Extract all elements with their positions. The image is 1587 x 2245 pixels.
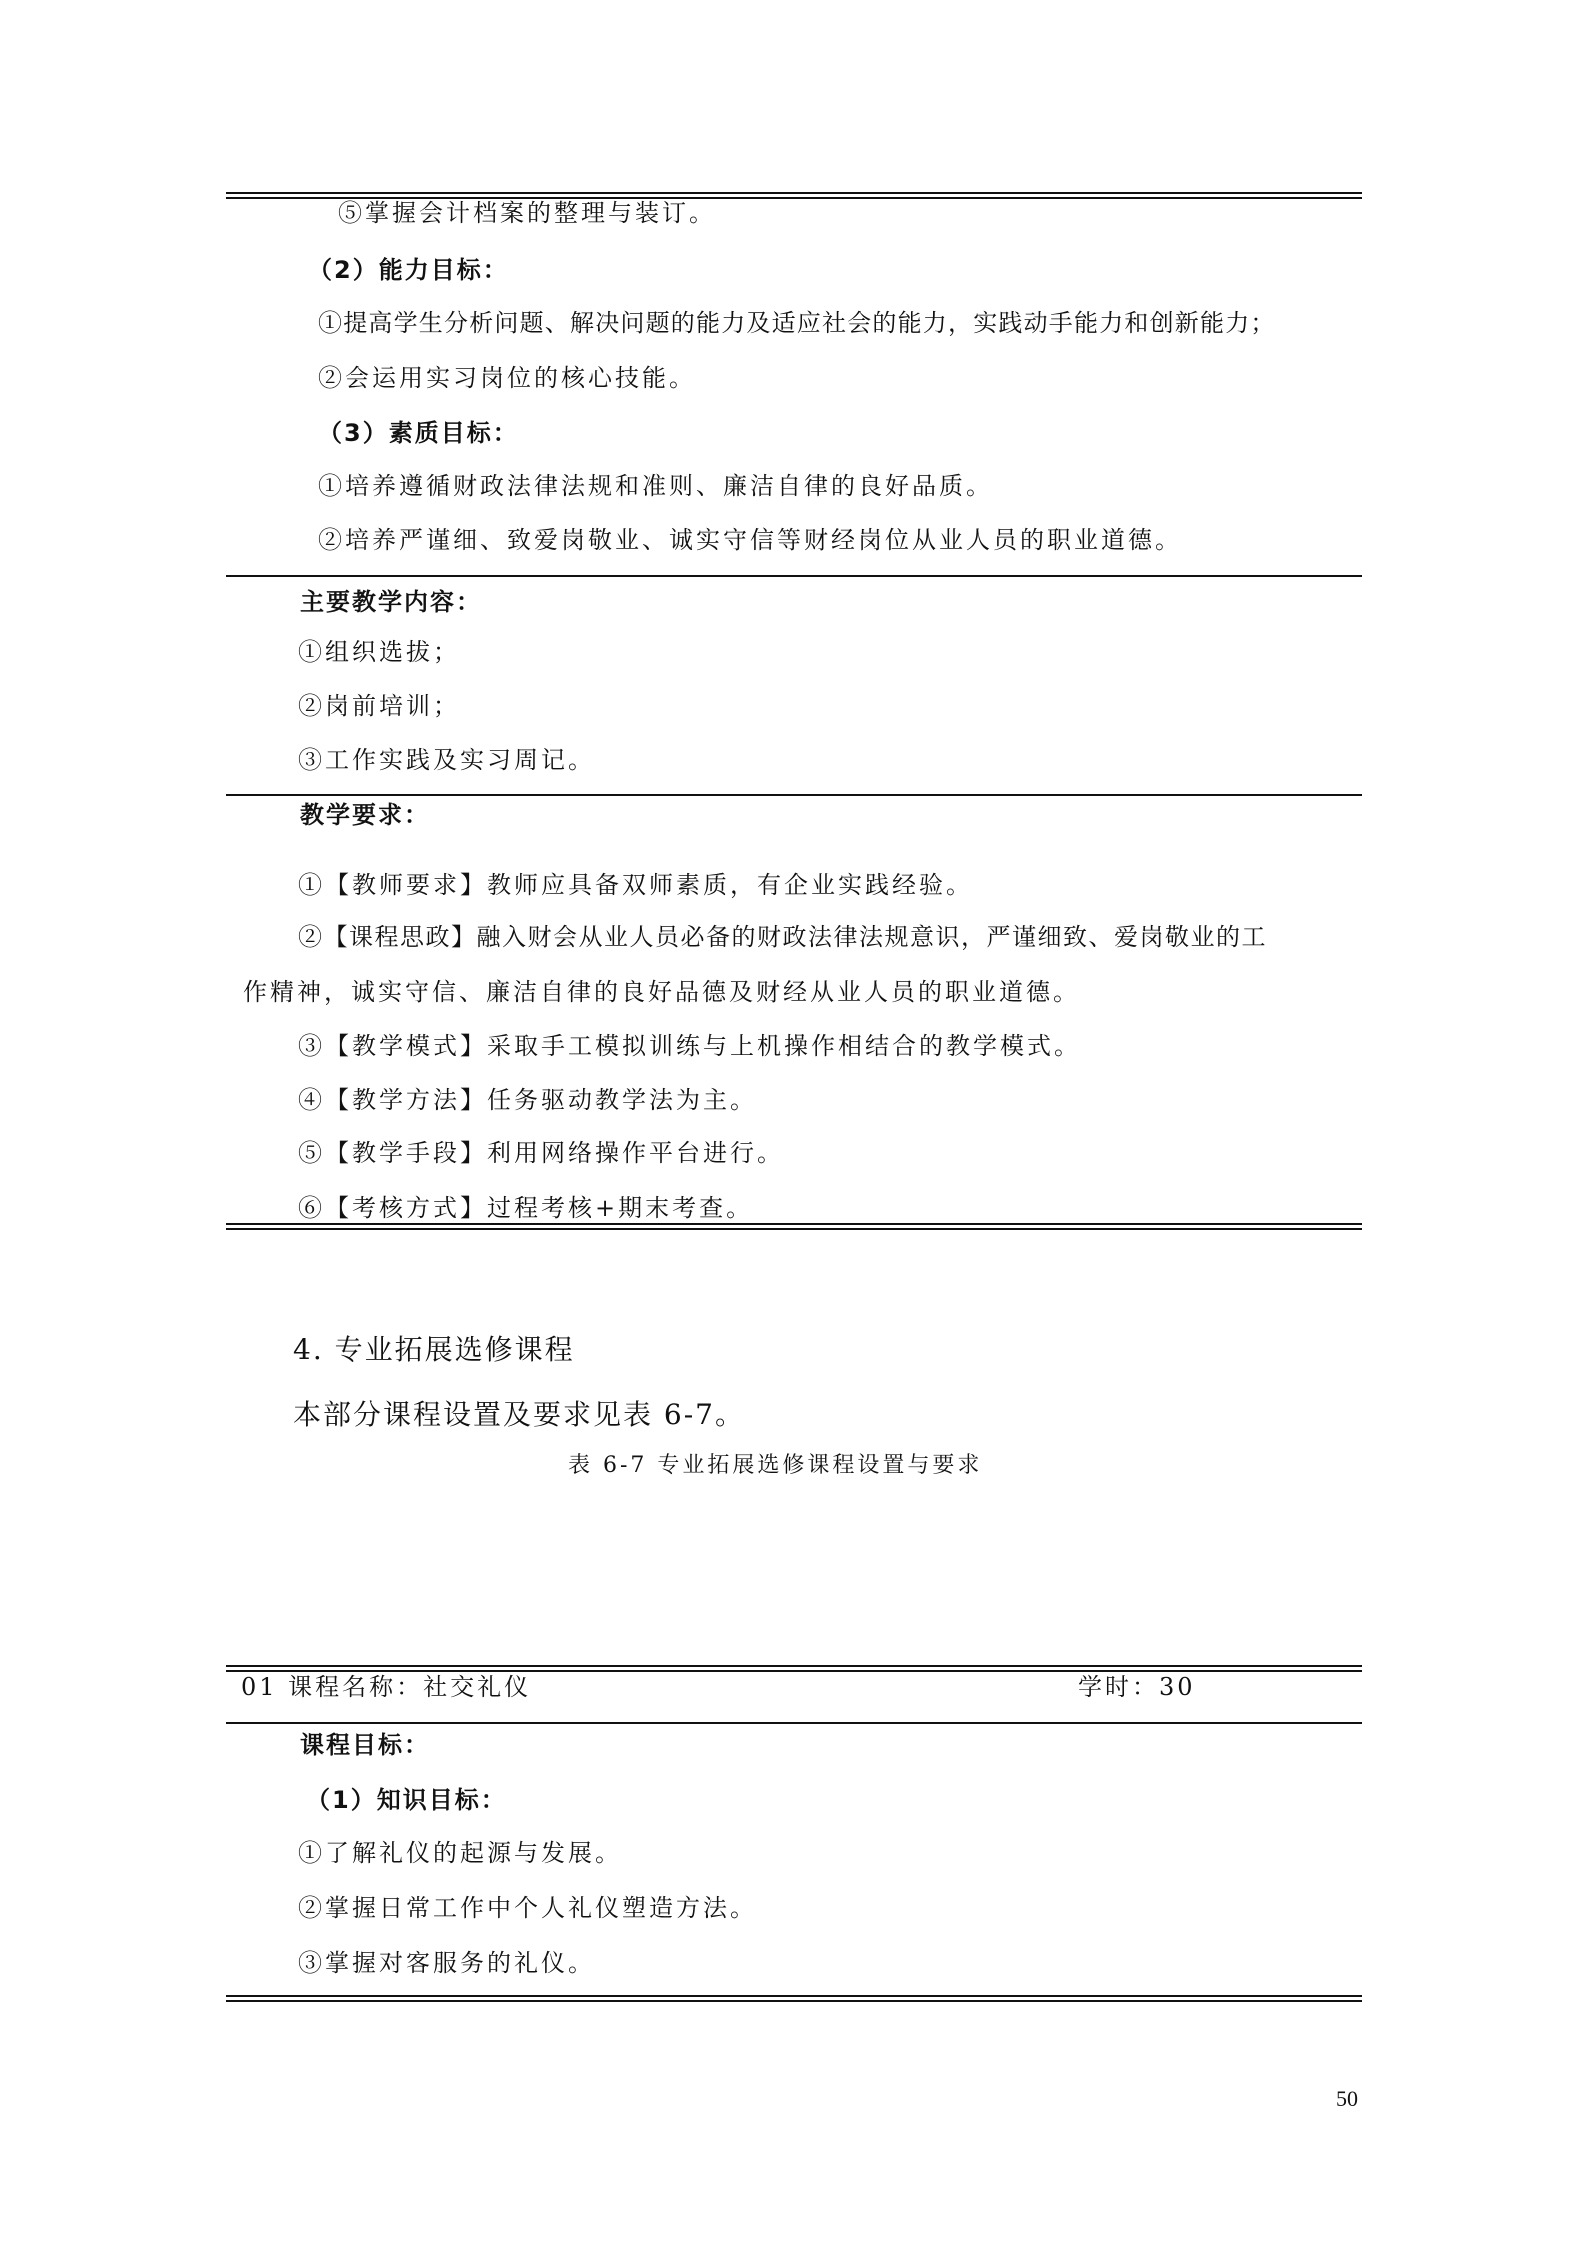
- content-item: ①组织选拔；: [298, 640, 460, 664]
- section-intro: 本部分课程设置及要求见表 6-7。: [293, 1401, 745, 1429]
- requirement-item: ②【课程思政】融入财会从业人员必备的财政法律法规意识，严谨细致、爱岗敬业的工: [298, 925, 1267, 949]
- requirement-item: ①【教师要求】教师应具备双师素质，有企业实践经验。: [298, 873, 973, 897]
- knowledge-item: ③掌握对客服务的礼仪。: [298, 1951, 595, 1975]
- ability-item: ②会运用实习岗位的核心技能。: [318, 366, 696, 390]
- knowledge-heading: （1）知识目标：: [306, 1788, 507, 1812]
- quality-item: ①培养遵循财政法律法规和准则、廉洁自律的良好品质。: [318, 474, 993, 498]
- divider: [226, 794, 1362, 796]
- requirement-item-continuation: 作精神，诚实守信、廉洁自律的良好品德及财经从业人员的职业道德。: [243, 980, 1080, 1004]
- section-heading: 4. 专业拓展选修课程: [293, 1336, 575, 1364]
- ability-heading: （2）能力目标：: [308, 258, 509, 282]
- requirement-item: ⑤【教学手段】利用网络操作平台进行。: [298, 1141, 784, 1165]
- content-item: ③工作实践及实习周记。: [298, 748, 595, 772]
- requirement-item: ⑥【考核方式】过程考核+期末考查。: [298, 1196, 753, 1220]
- table-bottom-border: [226, 1223, 1362, 1230]
- content-item: ②岗前培训；: [298, 694, 460, 718]
- table-caption: 表 6-7 专业拓展选修课程设置与要求: [568, 1455, 982, 1477]
- table-top-border: [226, 1665, 1362, 1672]
- knowledge-item: ⑤掌握会计档案的整理与装订。: [338, 201, 716, 225]
- divider: [226, 1722, 1362, 1724]
- knowledge-item: ①了解礼仪的起源与发展。: [298, 1841, 622, 1865]
- ability-item: ①提高学生分析问题、解决问题的能力及适应社会的能力，实践动手能力和创新能力；: [318, 311, 1276, 335]
- quality-item: ②培养严谨细、致爱岗敬业、诚实守信等财经岗位从业人员的职业道德。: [318, 528, 1182, 552]
- content-heading: 主要教学内容：: [300, 590, 482, 614]
- table-bottom-border: [226, 1995, 1362, 2002]
- goals-heading: 课程目标：: [300, 1733, 430, 1757]
- quality-heading: （3）素质目标：: [318, 421, 519, 445]
- requirement-item: ③【教学模式】采取手工模拟训练与上机操作相结合的教学模式。: [298, 1034, 1081, 1058]
- course-name: 01 课程名称：社交礼仪: [241, 1675, 531, 1699]
- table-top-border: [226, 192, 1362, 199]
- page-number: 50: [1336, 2086, 1358, 2112]
- course-hours: 学时：30: [1078, 1675, 1196, 1699]
- requirements-heading: 教学要求：: [300, 803, 430, 827]
- requirement-item: ④【教学方法】任务驱动教学法为主。: [298, 1088, 757, 1112]
- divider: [226, 575, 1362, 577]
- knowledge-item: ②掌握日常工作中个人礼仪塑造方法。: [298, 1896, 757, 1920]
